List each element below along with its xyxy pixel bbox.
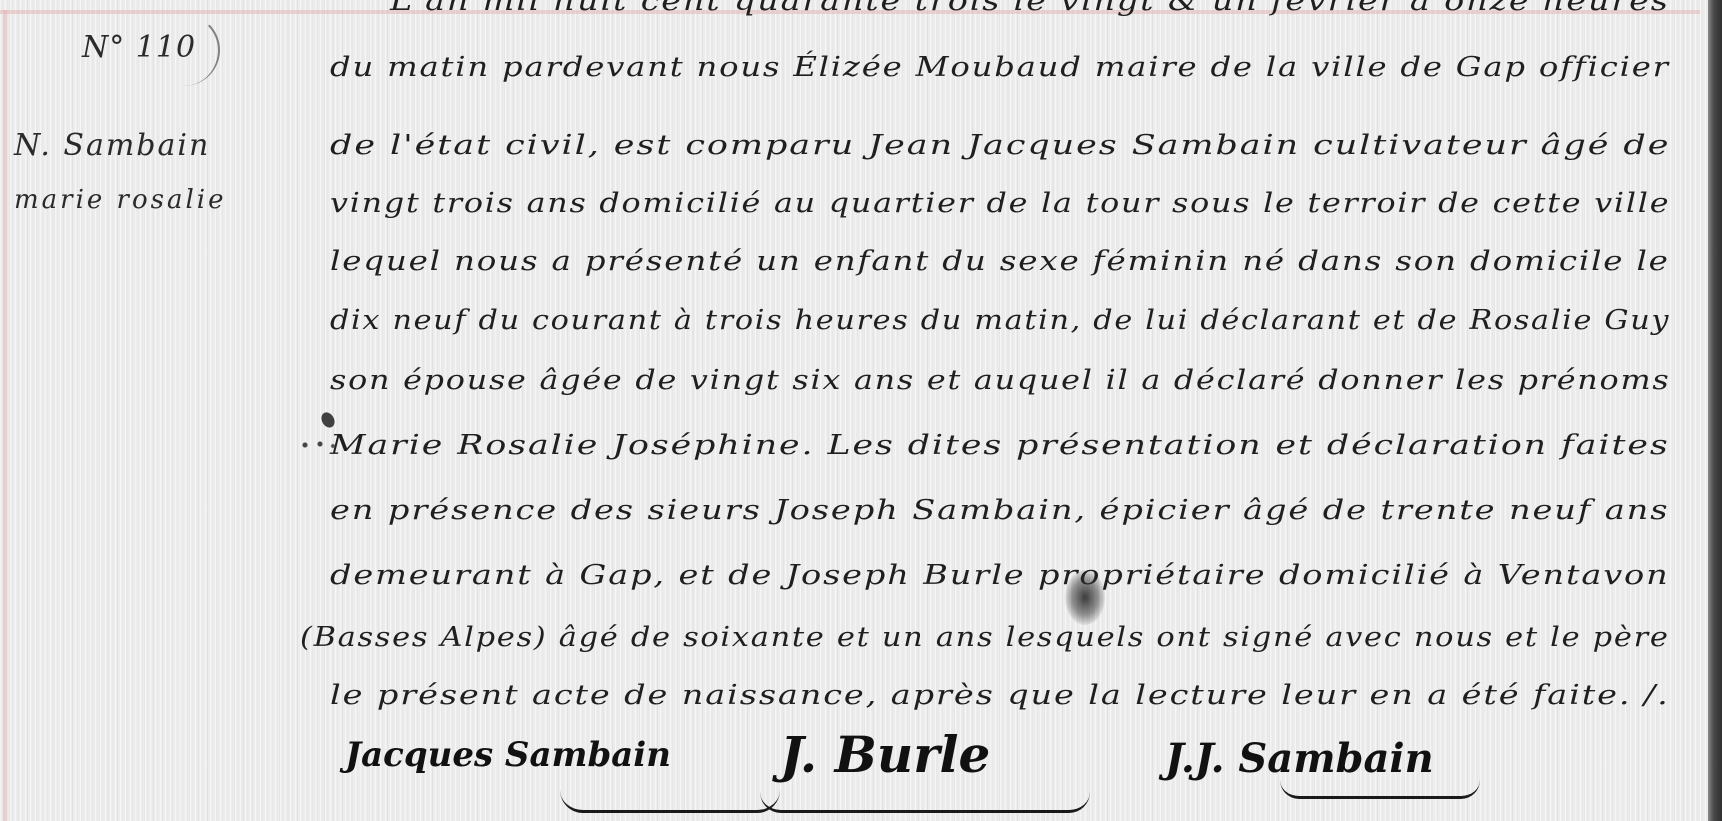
signature-flourish-1 <box>560 790 780 813</box>
binding-edge <box>1708 0 1722 821</box>
act-body: L'an mil huit cent quarante trois le vin… <box>330 0 1700 821</box>
register-page: N° 110 N. Sambain marie rosalie L'an mil… <box>0 0 1722 821</box>
act-number-bracket <box>108 14 220 86</box>
act-line-3: de l'état civil, est comparu Jean Jacque… <box>330 130 1670 161</box>
act-line-6: dix neuf du courant à trois heures du ma… <box>330 305 1670 336</box>
act-line-7: son épouse âgée de vingt six ans et auqu… <box>330 365 1670 396</box>
margin-surname: N. Sambain <box>14 128 210 163</box>
signature-flourish-2 <box>760 792 1090 813</box>
act-line-11: (Basses Alpes) âgé de soixante et un ans… <box>300 622 1670 653</box>
signature-burle: J. Burle <box>780 725 990 784</box>
act-line-2: du matin pardevant nous Élizée Moubaud m… <box>330 52 1670 83</box>
act-line-9: en présence des sieurs Joseph Sambain, é… <box>330 495 1669 526</box>
signature-flourish-3 <box>1280 780 1480 799</box>
act-line-1: L'an mil huit cent quarante trois le vin… <box>390 0 1670 17</box>
act-line-10: demeurant à Gap, et de Joseph Burle prop… <box>330 560 1670 591</box>
ink-speckles <box>300 440 340 450</box>
ink-blot <box>1065 570 1105 625</box>
left-margin: N° 110 N. Sambain marie rosalie <box>0 0 320 821</box>
act-line-12: le présent acte de naissance, après que … <box>330 680 1670 711</box>
act-line-5: lequel nous a présenté un enfant du sexe… <box>330 246 1670 277</box>
margin-given-names: marie rosalie <box>14 185 227 215</box>
act-line-4: vingt trois ans domicilié au quartier de… <box>330 188 1670 219</box>
act-line-8: Marie Rosalie Joséphine. Les dites prése… <box>330 430 1670 461</box>
signature-jacques-sambain: Jacques Sambain <box>345 735 671 775</box>
signature-jj-sambain: J.J. Sambain <box>1165 735 1434 782</box>
